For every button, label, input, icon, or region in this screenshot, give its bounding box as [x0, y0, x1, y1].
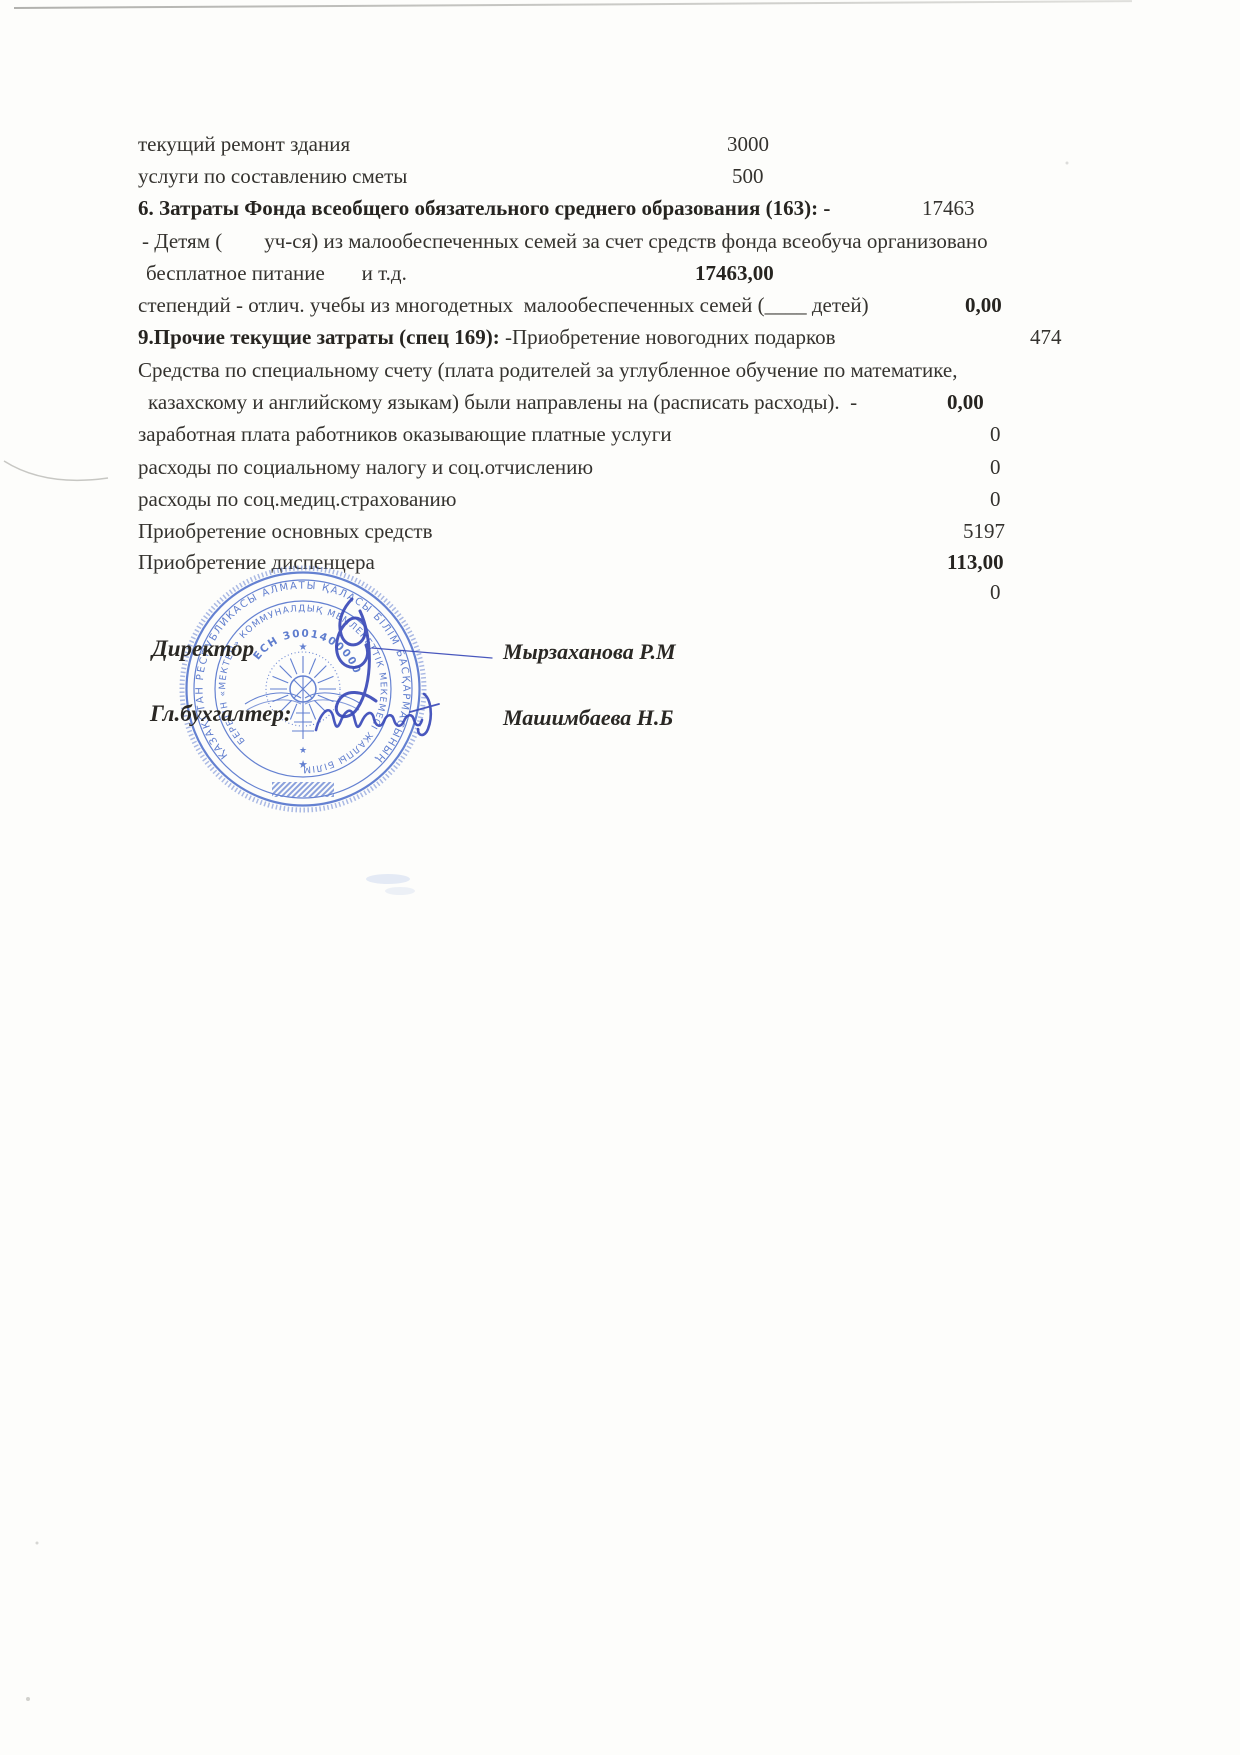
expense-label: - Детям ( уч-ся) из малообеспеченных сем… — [142, 229, 988, 254]
expense-label: Приобретение основных средств — [138, 519, 433, 544]
expense-label: Средства по специальному счету (плата ро… — [138, 358, 957, 383]
stamp-hatch-block — [272, 782, 334, 797]
expense-value: 474 — [1030, 325, 1062, 350]
table-row: услуги по составлению сметы 500 — [0, 164, 1240, 190]
expense-value: 0 — [990, 580, 1001, 605]
expense-value: 17463,00 — [695, 261, 774, 286]
expense-label: 6. Затраты Фонда всеобщего обязательного… — [138, 196, 830, 221]
expense-label: казахскому и английскому языкам) были на… — [148, 390, 857, 415]
expense-value: 113,00 — [947, 550, 1004, 575]
stamp-star-icon: ★ — [299, 745, 307, 755]
stamp-star-icon: ★ — [298, 759, 308, 771]
expense-value: 0 — [990, 455, 1001, 480]
table-row: степендий - отлич. учебы из многодетных … — [0, 293, 1240, 319]
expense-label: текущий ремонт здания — [138, 132, 350, 157]
expense-value: 0,00 — [965, 293, 1002, 318]
expense-label: расходы по соц.медиц.страхованию — [138, 487, 456, 512]
expense-value: 17463 — [922, 196, 975, 221]
accountant-title: Гл.бухгалтер: — [150, 701, 292, 727]
document-page: текущий ремонт здания 3000 услуги по сос… — [0, 0, 1240, 1755]
expense-label-rest: -Приобретение новогодних подарков — [505, 325, 836, 349]
expense-label: 9.Прочие текущие затраты (спец 169): -Пр… — [138, 325, 836, 350]
scan-artifact-line — [14, 0, 1132, 9]
director-title: Директор — [152, 636, 254, 662]
table-row: текущий ремонт здания 3000 — [0, 132, 1240, 158]
expense-value: 3000 — [727, 132, 769, 157]
expense-value: 0 — [990, 422, 1001, 447]
official-stamp: ҚАЗАҚСТАН РЕСПУБЛИКАСЫ АЛМАТЫ ҚАЛАСЫ БІЛ… — [176, 562, 430, 816]
table-row: 6. Затраты Фонда всеобщего обязательного… — [0, 196, 1240, 222]
table-row: Средства по специальному счету (плата ро… — [0, 358, 1240, 384]
expense-label: услуги по составлению сметы — [138, 164, 407, 189]
table-row: казахскому и английскому языкам) были на… — [0, 390, 1240, 416]
table-row: расходы по социальному налогу и соц.отчи… — [0, 455, 1240, 481]
accountant-name: Машимбаева Н.Б — [503, 705, 673, 731]
table-row: - Детям ( уч-ся) из малообеспеченных сем… — [0, 229, 1240, 255]
scan-artifact-blue-smudge — [366, 874, 415, 895]
expense-label: расходы по социальному налогу и соц.отчи… — [138, 455, 593, 480]
expense-label: заработная плата работников оказывающие … — [138, 422, 672, 447]
expense-value: 500 — [732, 164, 764, 189]
table-row: заработная плата работников оказывающие … — [0, 422, 1240, 448]
expense-label-bold: 9.Прочие текущие затраты (спец 169): — [138, 325, 505, 349]
expense-label: бесплатное питание и т.д. — [146, 261, 407, 286]
expense-label: степендий - отлич. учебы из многодетных … — [138, 293, 869, 318]
table-row: Приобретение основных средств 5197 — [0, 519, 1240, 545]
expense-value: 0,00 — [947, 390, 984, 415]
table-row: бесплатное питание и т.д. 17463,00 — [0, 261, 1240, 287]
expense-value: 5197 — [963, 519, 1005, 544]
expense-value: 0 — [990, 487, 1001, 512]
table-row: расходы по соц.медиц.страхованию 0 — [0, 487, 1240, 513]
emblem-star-icon: ★ — [299, 642, 308, 653]
table-row: 9.Прочие текущие затраты (спец 169): -Пр… — [0, 325, 1240, 351]
director-name: Мырзаханова Р.М — [503, 639, 676, 665]
